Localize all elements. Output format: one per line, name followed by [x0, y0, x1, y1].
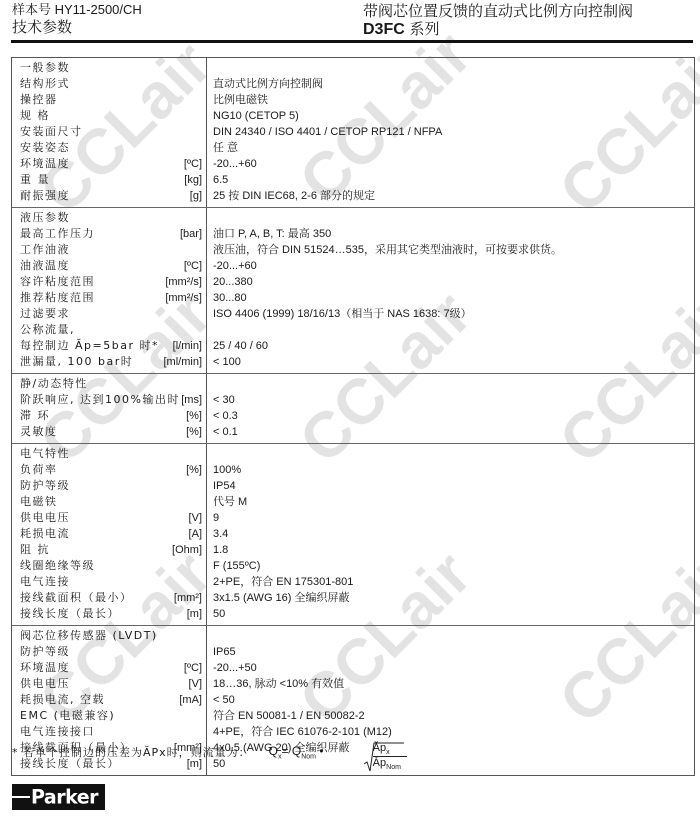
- param-label: 电气连接: [20, 574, 70, 590]
- param-row: 安装面尺寸: [20, 124, 202, 140]
- param-value: 9: [213, 510, 219, 526]
- param-column: 电气特性负荷率[%]防护等级电磁铁供电电压[V]耗损电流[A]阻 抗[Ohm]线…: [12, 444, 207, 625]
- param-label: 泄漏量, 100 bar时: [20, 354, 133, 370]
- value-column: 油口 P, A, B, T: 最高 350液压油，符合 DIN 51524…53…: [207, 208, 694, 373]
- param-label: 耗损电流: [20, 526, 70, 542]
- param-row: 工作油液: [20, 242, 202, 258]
- param-row: 防护等级: [20, 644, 202, 660]
- param-unit: [A]: [189, 526, 202, 542]
- param-row: 规 格: [20, 108, 202, 124]
- param-value: 3.4: [213, 526, 228, 542]
- param-label: 负荷率: [20, 462, 58, 478]
- param-column: 静/动态特性阶跃响应, 达到100%输出时[ms]滞 环[%]灵敏度[%]: [12, 374, 207, 443]
- param-row: 环境温度[ºC]: [20, 660, 202, 676]
- param-unit: [g]: [190, 188, 202, 204]
- param-label: 电磁铁: [20, 494, 58, 510]
- param-row: 最高工作压力[bar]: [20, 226, 202, 242]
- param-row: 泄漏量, 100 bar时[ml/min]: [20, 354, 202, 370]
- param-label: 规 格: [20, 108, 50, 124]
- param-row: 安装姿态: [20, 140, 202, 156]
- footnote-text: * 若单个控制边的压差为ĂPx时，则流量为：: [12, 744, 251, 760]
- param-unit: [ºC]: [184, 660, 202, 676]
- param-column: 一般参数结构形式操控器规 格安装面尺寸安装姿态环境温度[ºC]重 量[kg]耐振…: [12, 58, 207, 207]
- param-label: 工作油液: [20, 242, 70, 258]
- formula-numerator: Ăpx: [373, 742, 390, 756]
- param-row: 油液温度[ºC]: [20, 258, 202, 274]
- param-label: EMC (电磁兼容): [20, 708, 115, 724]
- param-row: 负荷率[%]: [20, 462, 202, 478]
- param-unit: [ms]: [181, 392, 202, 408]
- header-rule: [11, 40, 693, 43]
- param-value: 代号 M: [213, 494, 247, 510]
- param-value: 2+PE，符合 EN 175301-801: [213, 574, 353, 590]
- param-value: < 30: [213, 392, 235, 408]
- param-row: 滞 环[%]: [20, 408, 202, 424]
- param-row: 耗损电流, 空载[mA]: [20, 692, 202, 708]
- param-label: 最高工作压力: [20, 226, 95, 242]
- param-value: 18…36, 脉动 <10% 有效值: [213, 676, 344, 692]
- param-unit: [V]: [189, 510, 202, 526]
- logo-text: Parker: [31, 785, 98, 808]
- param-value: F (155ºC): [213, 558, 260, 574]
- param-label: 推荐粘度范围: [20, 290, 95, 306]
- param-value: 1.8: [213, 542, 228, 558]
- spec-section: 静/动态特性阶跃响应, 达到100%输出时[ms]滞 环[%]灵敏度[%]< 3…: [12, 373, 694, 443]
- param-row: 耐振强度[g]: [20, 188, 202, 204]
- param-row: 公称流量,: [20, 322, 202, 338]
- param-unit: [ºC]: [184, 156, 202, 172]
- header-left: 样本号 HY11-2500/CH 技术参数: [12, 2, 142, 37]
- param-label: 容许粘度范围: [20, 274, 95, 290]
- param-value: < 0.1: [213, 424, 238, 440]
- param-value: IP54: [213, 478, 236, 494]
- param-unit: [l/min]: [173, 338, 202, 354]
- param-label: 接线截面积（最小）: [20, 590, 133, 606]
- param-value: 25 按 DIN IEC68, 2-6 部分的规定: [213, 188, 375, 204]
- param-label: 重 量: [20, 172, 50, 188]
- param-unit: [m]: [187, 606, 202, 622]
- param-label: 灵敏度: [20, 424, 58, 440]
- series-suffix: 系列: [405, 20, 440, 38]
- param-label: 环境温度: [20, 156, 70, 172]
- param-value: 6.5: [213, 172, 228, 188]
- param-row: 过滤要求: [20, 306, 202, 322]
- param-label: 公称流量,: [20, 322, 75, 338]
- formula-denominator: ĂpNom: [373, 757, 401, 771]
- product-title: 带阀芯位置反馈的直动式比例方向控制阀: [363, 2, 633, 20]
- series-title: D3FC 系列: [363, 20, 633, 39]
- formula-lhs: Qx= QNom •: [269, 744, 324, 760]
- param-label: 防护等级: [20, 478, 70, 494]
- param-value: 20...380: [213, 274, 253, 290]
- param-value: < 50: [213, 692, 235, 708]
- param-value: NG10 (CETOP 5): [213, 108, 299, 124]
- param-value: 符合 EN 50081-1 / EN 50082-2: [213, 708, 365, 724]
- section-heading: 静/动态特性: [20, 376, 88, 392]
- param-value: 油口 P, A, B, T: 最高 350: [213, 226, 331, 242]
- param-row: 耗损电流[A]: [20, 526, 202, 542]
- param-row: 灵敏度[%]: [20, 424, 202, 440]
- param-label: 安装姿态: [20, 140, 70, 156]
- param-value: 直动式比例方向控制阀: [213, 76, 323, 92]
- param-value: 50: [213, 606, 225, 622]
- spec-section: 电气特性负荷率[%]防护等级电磁铁供电电压[V]耗损电流[A]阻 抗[Ohm]线…: [12, 443, 694, 625]
- param-label: 过滤要求: [20, 306, 70, 322]
- param-row: 每控制边 Ăp=5bar 时*[l/min]: [20, 338, 202, 354]
- param-row: 接线截面积（最小）[mm²]: [20, 590, 202, 606]
- param-unit: [mm²/s]: [165, 290, 202, 306]
- logo-line: [12, 796, 30, 798]
- param-row: 电气连接: [20, 574, 202, 590]
- value-column: 100%IP54代号 M93.41.8F (155ºC)2+PE，符合 EN 1…: [207, 444, 694, 625]
- value-column: 直动式比例方向控制阀比例电磁铁NG10 (CETOP 5)DIN 24340 /…: [207, 58, 694, 207]
- value-column: < 30< 0.3< 0.1: [207, 374, 694, 443]
- spec-table: 一般参数结构形式操控器规 格安装面尺寸安装姿态环境温度[ºC]重 量[kg]耐振…: [11, 57, 695, 776]
- param-label: 耗损电流, 空载: [20, 692, 105, 708]
- spec-section: 一般参数结构形式操控器规 格安装面尺寸安装姿态环境温度[ºC]重 量[kg]耐振…: [12, 58, 694, 207]
- param-row: 环境温度[ºC]: [20, 156, 202, 172]
- param-value: 4+PE，符合 IEC 61076-2-101 (M12): [213, 724, 392, 740]
- param-row: 供电电压[V]: [20, 510, 202, 526]
- param-unit: [ml/min]: [164, 354, 203, 370]
- param-value: -20...+60: [213, 156, 257, 172]
- param-value: DIN 24340 / ISO 4401 / CETOP RP121 / NFP…: [213, 124, 442, 140]
- param-label: 阶跃响应, 达到100%输出时: [20, 392, 180, 408]
- parker-logo: Parker: [12, 784, 105, 810]
- param-row: 阶跃响应, 达到100%输出时[ms]: [20, 392, 202, 408]
- param-row: 接线长度（最长）[m]: [20, 606, 202, 622]
- param-label: 操控器: [20, 92, 58, 108]
- param-label: 每控制边 Ăp=5bar 时*: [20, 338, 159, 354]
- section-heading: 一般参数: [20, 60, 70, 76]
- param-row: 线圈绝缘等级: [20, 558, 202, 574]
- spec-section: 液压参数最高工作压力[bar]工作油液油液温度[ºC]容许粘度范围[mm²/s]…: [12, 207, 694, 373]
- param-label: 防护等级: [20, 644, 70, 660]
- param-column: 液压参数最高工作压力[bar]工作油液油液温度[ºC]容许粘度范围[mm²/s]…: [12, 208, 207, 373]
- param-value: IP65: [213, 644, 236, 660]
- param-unit: [%]: [186, 424, 202, 440]
- footnote: * 若单个控制边的压差为ĂPx时，则流量为： Qx= QNom • Ăpx Ăp…: [12, 742, 409, 776]
- section-heading: 液压参数: [20, 210, 70, 226]
- param-row: 重 量[kg]: [20, 172, 202, 188]
- param-label: 电气连接接口: [20, 724, 95, 740]
- param-row: 供电电压[V]: [20, 676, 202, 692]
- param-label: 滞 环: [20, 408, 50, 424]
- series-code: D3FC: [363, 21, 405, 38]
- param-value: 任 意: [213, 140, 238, 156]
- param-label: 供电电压: [20, 676, 70, 692]
- param-row: 电磁铁: [20, 494, 202, 510]
- param-label: 安装面尺寸: [20, 124, 83, 140]
- param-row: 结构形式: [20, 76, 202, 92]
- param-value: 液压油，符合 DIN 51524…535，采用其它类型油液时，可按要求供货。: [213, 242, 562, 258]
- param-value: 比例电磁铁: [213, 92, 268, 108]
- param-unit: [mA]: [179, 692, 202, 708]
- param-row: 操控器: [20, 92, 202, 108]
- header-right: 带阀芯位置反馈的直动式比例方向控制阀 D3FC 系列: [363, 2, 633, 39]
- param-unit: [%]: [186, 462, 202, 478]
- param-unit: [ºC]: [184, 258, 202, 274]
- section-title: 技术参数: [12, 18, 142, 37]
- param-unit: [Ohm]: [172, 542, 202, 558]
- param-label: 结构形式: [20, 76, 70, 92]
- param-value: 25 / 40 / 60: [213, 338, 268, 354]
- param-unit: [mm²/s]: [165, 274, 202, 290]
- param-value: -20...+60: [213, 258, 257, 274]
- param-value: < 0.3: [213, 408, 238, 424]
- param-label: 阻 抗: [20, 542, 50, 558]
- param-label: 线圈绝缘等级: [20, 558, 95, 574]
- param-value: < 100: [213, 354, 241, 370]
- param-label: 接线长度（最长）: [20, 606, 120, 622]
- param-label: 耐振强度: [20, 188, 70, 204]
- param-row: 防护等级: [20, 478, 202, 494]
- param-unit: [%]: [186, 408, 202, 424]
- param-value: 3x1.5 (AWG 16) 全编织屏蔽: [213, 590, 350, 606]
- param-value: 30...80: [213, 290, 247, 306]
- param-row: 电气连接接口: [20, 724, 202, 740]
- document-number: 样本号 HY11-2500/CH: [12, 2, 142, 18]
- param-row: EMC (电磁兼容): [20, 708, 202, 724]
- param-unit: [kg]: [184, 172, 202, 188]
- param-value: -20...+50: [213, 660, 257, 676]
- param-label: 供电电压: [20, 510, 70, 526]
- param-row: 容许粘度范围[mm²/s]: [20, 274, 202, 290]
- param-row: 推荐粘度范围[mm²/s]: [20, 290, 202, 306]
- param-unit: [bar]: [180, 226, 202, 242]
- param-row: 阻 抗[Ohm]: [20, 542, 202, 558]
- section-heading: 电气特性: [20, 446, 70, 462]
- flow-formula: Qx= QNom • Ăpx ĂpNom: [269, 742, 409, 776]
- param-label: 油液温度: [20, 258, 70, 274]
- param-value: ISO 4406 (1999) 18/16/13（相当于 NAS 1638: 7…: [213, 306, 472, 322]
- param-value: 100%: [213, 462, 241, 478]
- section-heading: 阀芯位移传感器 (LVDT): [20, 628, 158, 644]
- param-unit: [V]: [189, 676, 202, 692]
- param-label: 环境温度: [20, 660, 70, 676]
- param-unit: [mm²]: [174, 590, 202, 606]
